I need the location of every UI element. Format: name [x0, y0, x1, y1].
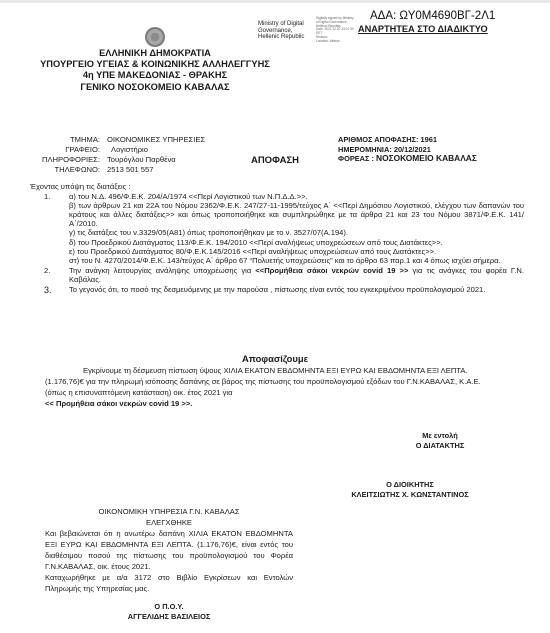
director-signature: Ο ΔΙΟΙΚΗΤΗΣ ΚΛΕΙΤΣΙΩΤΗΣ Χ. ΚΩΝΣΤΑΝΤΙΝΟΣ [310, 480, 510, 500]
contact-label: ΓΡΑΦΕΙΟ: [22, 145, 107, 155]
approval-paragraph: Εγκρίνουμε τη δέσμευση πίστωση ύψους ΧΙΛ… [45, 365, 485, 409]
sub-provision: δ) του Προεδρικού Διατάγματος 113/Φ.Ε.Κ.… [69, 238, 524, 247]
gov-line: ΕΛΛΗΝΙΚΗ ΔΗΜΟΚΡΑΤΙΑ [40, 48, 270, 59]
order-role: Ο ΔΙΑΤΑΚΤΗΣ [380, 441, 500, 451]
gov-line: ΓΕΝΙΚΟ ΝΟΣΟΚΟΜΕΙΟ ΚΑΒΑΛΑΣ [40, 82, 270, 93]
finance-unit: ΟΙΚΟΝΟΜΙΚΗ ΥΠΗΡΕΣΙΑ Γ.Ν. ΚΑΒΑΛΑΣ [45, 507, 293, 518]
sig-org-line: Ministry of Digital [258, 21, 304, 28]
sig-detail-line: Location: Athens [316, 40, 354, 44]
sig-org-line: Hellenic Republic [258, 34, 304, 41]
provision-item-1: 1. α) του Ν.Δ. 496/Φ.Ε.Κ. 204/Α/1974 <<Π… [44, 192, 524, 265]
poy-signature: Ο Π.Ο.Υ. ΑΓΓΕΛΙΔΗΣ ΒΑΣΙΛΕΙΟΣ [45, 602, 293, 622]
order-line: Με εντολή [380, 431, 500, 441]
gov-line: 4η ΥΠΕ ΜΑΚΕΔΟΝΙΑΣ - ΘΡΑΚΗΣ [40, 70, 270, 81]
item-body: Την ανάγκη λειτουργίας ανάληψης υποχρέωσ… [69, 266, 524, 284]
page-top-edge [0, 0, 550, 3]
provisions-list: 1. α) του Ν.Δ. 496/Φ.Ε.Κ. 204/Α/1974 <<Π… [44, 192, 524, 297]
contact-value: Λογιστήριο [107, 145, 148, 155]
approval-subject: << Προμήθεια σάκοι νεκρών covid 19 >>. [45, 399, 192, 408]
gov-line: ΥΠΟΥΡΓΕΙΟ ΥΓΕΙΑΣ & ΚΟΙΝΩΝΙΚΗΣ ΑΛΛΗΛΕΓΓΥΗ… [40, 59, 270, 70]
item-text: Την ανάγκη λειτουργίας ανάληψης υποχρέωσ… [69, 266, 255, 275]
poy-title: Ο Π.Ο.Υ. [45, 602, 293, 612]
finance-check-text: Και βεβαιώνεται ότι η ανωτέρω δαπάνη ΧΙΛ… [45, 528, 293, 594]
digital-signature-org: Ministry of Digital Governance, Hellenic… [258, 21, 304, 41]
intro-text: Έχοντας υπόψη τις διατάξεις : [30, 182, 131, 191]
director-title: Ο ΔΙΟΙΚΗΤΗΣ [310, 480, 510, 490]
contact-row: ΓΡΑΦΕΙΟ: Λογιστήριο [22, 145, 205, 155]
coat-of-arms-icon [145, 27, 165, 47]
sub-provision: στ) του Ν. 4270/2014/Φ.Ε.Κ. 143/τεύχος Α… [69, 256, 524, 265]
item-number: 2. [44, 266, 69, 284]
contact-value: 2513 501 557 [107, 165, 153, 175]
provision-item-3: 3. Το γεγονός ότι, το ποσό της δεσμευόμε… [44, 285, 524, 296]
sub-provision: γ) τις διατάξεις του ν.3329/05(Α81) όπως… [69, 228, 524, 237]
approval-text: Εγκρίνουμε τη δέσμευση πίστωση ύψους ΧΙΛ… [45, 365, 485, 398]
director-name: ΚΛΕΙΤΣΙΩΤΗΣ Χ. ΚΩΝΣΤΑΝΤΙΝΟΣ [310, 490, 510, 500]
item-body: Το γεγονός ότι, το ποσό της δεσμευόμενης… [69, 285, 524, 296]
order-signature: Με εντολή Ο ΔΙΑΤΑΚΤΗΣ [380, 431, 500, 451]
publish-notice: ΑΝΑΡΤΗΤΕΑ ΣΤΟ ΔΙΑΔΙΚΤΥΟ [358, 24, 488, 35]
item-number: 1. [44, 192, 69, 265]
contact-row: ΤΗΛΕΦΩΝΟ: 2513 501 557 [22, 165, 205, 175]
decision-number: ΑΡΙΘΜΟΣ ΑΠΟΦΑΣΗΣ: 1961 [338, 135, 477, 145]
contact-row: ΤΜΗΜΑ: ΟΙΚΟΝΟΜΙΚΕΣ ΥΠΗΡΕΣΙΕΣ [22, 135, 205, 145]
contact-value: ΟΙΚΟΝΟΜΙΚΕΣ ΥΠΗΡΕΣΙΕΣ [107, 135, 205, 145]
sub-provision: α) του Ν.Δ. 496/Φ.Ε.Κ. 204/Α/1974 <<Περί… [69, 192, 524, 201]
finance-text: Καταχωρήθηκε με α/α 3172 στο Βιβλίο Εγκρ… [45, 572, 293, 594]
item-number: 3. [44, 285, 69, 296]
item-subject: <<Προμήθεια σάκοι νεκρών covid 19 >> [255, 266, 408, 275]
contact-label: ΤΗΛΕΦΩΝΟ: [22, 165, 107, 175]
item-body: α) του Ν.Δ. 496/Φ.Ε.Κ. 204/Α/1974 <<Περί… [69, 192, 524, 265]
poy-name: ΑΓΓΕΛΙΔΗΣ ΒΑΣΙΛΕΙΟΣ [45, 612, 293, 622]
contact-label: ΤΜΗΜΑ: [22, 135, 107, 145]
government-header: ΕΛΛΗΝΙΚΗ ΔΗΜΟΚΡΑΤΙΑ ΥΠΟΥΡΓΕΙΟ ΥΓΕΙΑΣ & Κ… [40, 48, 270, 93]
sub-provision: ε) του Προεδρικού Διατάγματος 80/Φ.Ε.Κ.1… [69, 247, 524, 256]
decide-heading: Αποφασίζουμε [0, 353, 550, 364]
provision-item-2: 2. Την ανάγκη λειτουργίας ανάληψης υποχρ… [44, 266, 524, 284]
document-title: ΑΠΟΦΑΣΗ [0, 155, 550, 166]
finance-text: Και βεβαιώνεται ότι η ανωτέρω δαπάνη ΧΙΛ… [45, 528, 293, 572]
finance-checked: ΕΛΕΓΧΘΗΚΕ [45, 518, 293, 529]
ada-code: ΑΔΑ: ΩΥ0Μ4690ΒΓ-2Λ1 [370, 10, 495, 24]
finance-heading: ΟΙΚΟΝΟΜΙΚΗ ΥΠΗΡΕΣΙΑ Γ.Ν. ΚΑΒΑΛΑΣ ΕΛΕΓΧΘΗ… [45, 507, 293, 528]
sub-provision: β) των άρθρων 21 και 22Α του Νόμου 2362/… [69, 201, 524, 228]
digital-signature-details: Digitally signed by Ministry of Digital … [316, 17, 354, 44]
